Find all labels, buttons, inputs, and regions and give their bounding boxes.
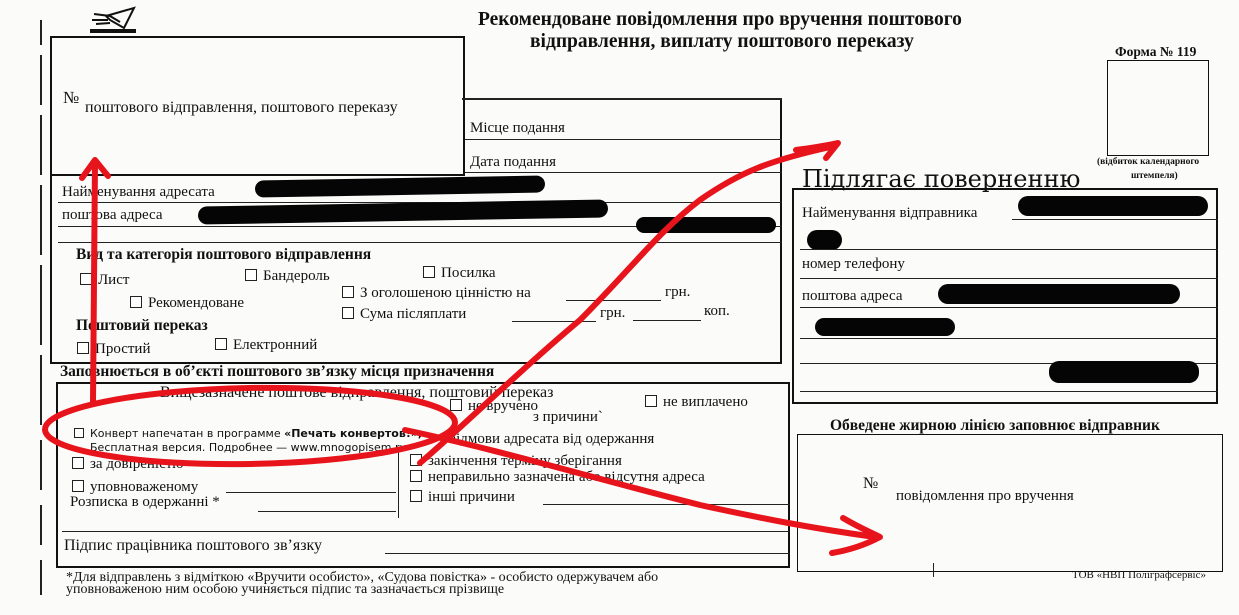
checkbox[interactable] — [80, 273, 92, 285]
signature-divider — [62, 531, 790, 532]
checkbox[interactable] — [77, 342, 89, 354]
addressee-address-label: поштова адреса — [62, 208, 163, 223]
cut-line-segment — [40, 355, 42, 425]
cut-line-segment — [40, 505, 42, 545]
option-electronic-transfer-label: Електронний — [233, 337, 317, 353]
cut-line-segment — [40, 115, 42, 175]
option-declared-value[interactable]: З оголошеною цінністю на — [342, 286, 531, 301]
option-letter[interactable]: Лист — [80, 273, 129, 288]
sender-name-field[interactable] — [1012, 219, 1218, 220]
cut-line-segment — [40, 560, 42, 595]
reason-other[interactable]: інші причини — [410, 490, 515, 505]
cod-unit-uah: грн. — [600, 306, 625, 321]
option-parcel-small-label: Бандероль — [263, 268, 330, 284]
cut-line-segment — [40, 55, 42, 105]
checkbox[interactable] — [74, 428, 84, 438]
redacted-return-address-3 — [1049, 361, 1199, 383]
declared-value-label: З оголошеною цінністю на — [360, 285, 531, 301]
checkbox[interactable] — [410, 490, 422, 502]
redacted-addressee-address-2 — [636, 217, 776, 233]
option-not-paid[interactable]: не виплачено — [645, 395, 748, 410]
reasons-label: з причини` — [533, 410, 603, 425]
destination-heading: Заповнюється в об’єкті поштового зв’язку… — [60, 364, 494, 380]
checkbox[interactable] — [342, 286, 354, 298]
redacted-sender-name — [1018, 196, 1208, 216]
by-proxy-label: за довіреністю — [90, 456, 184, 472]
checkbox[interactable] — [410, 454, 422, 466]
postal-worker-signature-field[interactable] — [385, 553, 790, 554]
authorized-label: уповноваженому — [90, 479, 198, 495]
addressee-name-label: Найменування адресата — [62, 185, 215, 200]
printer-credit: ТОВ «НВП Поліграфсервіс» — [1072, 570, 1206, 581]
watermark-program-name: «Печать конвертов!», — [284, 427, 422, 440]
envelope-bird-icon — [88, 6, 140, 36]
form-title-line2: відправлення, виплату поштового переказу — [530, 32, 914, 52]
frame-top-edge — [462, 98, 782, 100]
reason-refusal-label: відмови адресата від одержання — [449, 431, 654, 447]
cut-line-segment — [40, 440, 42, 490]
tick-mark — [933, 563, 934, 577]
receipt-signature-field[interactable] — [258, 511, 396, 512]
checkbox[interactable] — [215, 338, 227, 350]
other-reason-field[interactable] — [543, 504, 790, 505]
return-address-label: поштова адреса — [802, 289, 903, 304]
phone-label: номер телефону — [802, 257, 905, 272]
watermark-line2: Бесплатная версия. Подробнее — www.mnogo… — [90, 442, 407, 453]
watermark-line1: Конверт напечатан в программе «Печать ко… — [74, 428, 422, 439]
option-electronic-transfer[interactable]: Електронний — [215, 338, 317, 353]
option-not-delivered[interactable]: не вручено — [450, 399, 538, 414]
checkbox[interactable] — [130, 296, 142, 308]
declared-value-unit: грн. — [665, 285, 690, 300]
cod-kop-field[interactable] — [633, 320, 701, 321]
reason-storage-expired-label: закінчення терміну зберігання — [428, 453, 622, 469]
submission-date-label: Дата подання — [470, 155, 556, 170]
form-title-line1: Рекомендоване повідомлення про вручення … — [478, 10, 962, 30]
redacted-return-address — [938, 284, 1180, 304]
option-authorized[interactable]: уповноваженому — [72, 480, 198, 495]
ukrposhta-logo — [88, 6, 140, 36]
not-delivered-label: не вручено — [468, 398, 538, 414]
postal-worker-signature-label: Підпис працівника поштового зв’язку — [64, 538, 322, 554]
checkbox[interactable] — [72, 480, 84, 492]
checkbox[interactable] — [450, 399, 462, 411]
redacted-sender-name-2 — [807, 230, 842, 250]
redacted-return-address-2 — [815, 318, 955, 336]
return-address-field-4[interactable] — [800, 391, 1218, 392]
reason-refusal[interactable]: відмови адресата від одержання — [449, 432, 654, 447]
reason-storage-expired[interactable]: закінчення терміну зберігання — [410, 454, 622, 469]
stamp-caption-line2: штемпеля) — [1131, 172, 1178, 182]
cod-unit-kop: коп. — [704, 304, 730, 319]
stamp-caption-line1: (відбиток календарного — [1097, 158, 1199, 168]
addressee-address-field-2[interactable] — [58, 242, 782, 243]
option-simple-transfer[interactable]: Простий — [77, 342, 150, 357]
option-letter-label: Лист — [98, 272, 129, 288]
item-type-heading: Вид та категорія поштового відправлення — [76, 247, 371, 263]
reason-wrong-address[interactable]: неправильно зазначена або відсутня адрес… — [410, 470, 705, 485]
notice-number-label: повідомлення про вручення — [896, 489, 1074, 504]
sender-fill-heading: Обведене жирною лінією заповнює відправн… — [830, 418, 1160, 434]
arrow-to-return-head-icon — [796, 143, 838, 158]
notice-number-sign: № — [863, 476, 878, 492]
submission-place-label: Місце подання — [470, 121, 565, 136]
option-simple-transfer-label: Простий — [95, 341, 150, 357]
authorized-person-field[interactable] — [226, 492, 396, 493]
not-paid-label: не виплачено — [663, 394, 748, 410]
return-address-field[interactable] — [800, 307, 1218, 308]
return-address-field-2[interactable] — [800, 338, 1218, 339]
sender-name-field-2[interactable] — [800, 249, 1218, 250]
reason-other-label: інші причини — [428, 489, 515, 505]
form-number: Форма № 119 — [1115, 45, 1196, 59]
reasons-divider — [398, 452, 399, 518]
receipt-signature-label: Розписка в одержанні * — [70, 495, 220, 510]
footnote-line2: уповноваженою ним особою учиняється підп… — [66, 583, 504, 597]
cod-uah-field[interactable] — [512, 321, 596, 322]
checkbox[interactable] — [342, 307, 354, 319]
money-transfer-heading: Поштовий переказ — [76, 318, 208, 334]
option-parcel-label: Посилка — [441, 265, 496, 281]
cut-line-segment — [40, 265, 42, 345]
option-parcel[interactable]: Посилка — [423, 266, 496, 281]
option-registered[interactable]: Рекомендоване — [130, 296, 244, 311]
checkbox[interactable] — [410, 470, 422, 482]
option-by-proxy[interactable]: за довіреністю — [72, 457, 184, 472]
checkbox[interactable] — [245, 269, 257, 281]
cut-line-segment — [40, 20, 42, 45]
cut-line-segment — [40, 185, 42, 255]
calendar-stamp-box — [1107, 60, 1209, 156]
option-registered-label: Рекомендоване — [148, 295, 244, 311]
declared-value-field[interactable] — [566, 300, 661, 301]
cod-label: Сума післяплати — [360, 306, 466, 322]
submission-date-field[interactable] — [465, 172, 782, 173]
reason-wrong-address-label: неправильно зазначена або відсутня адрес… — [428, 469, 705, 485]
submission-place-field[interactable] — [465, 139, 782, 140]
checkbox[interactable] — [72, 457, 84, 469]
checkbox[interactable] — [423, 266, 435, 278]
checkbox[interactable] — [645, 395, 657, 407]
sender-name-label: Найменування відправника — [802, 206, 977, 221]
watermark-text: Конверт напечатан в программе — [90, 427, 284, 440]
phone-field[interactable] — [800, 278, 1218, 279]
option-parcel-small[interactable]: Бандероль — [245, 269, 330, 284]
option-cod[interactable]: Сума післяплати — [342, 307, 466, 322]
